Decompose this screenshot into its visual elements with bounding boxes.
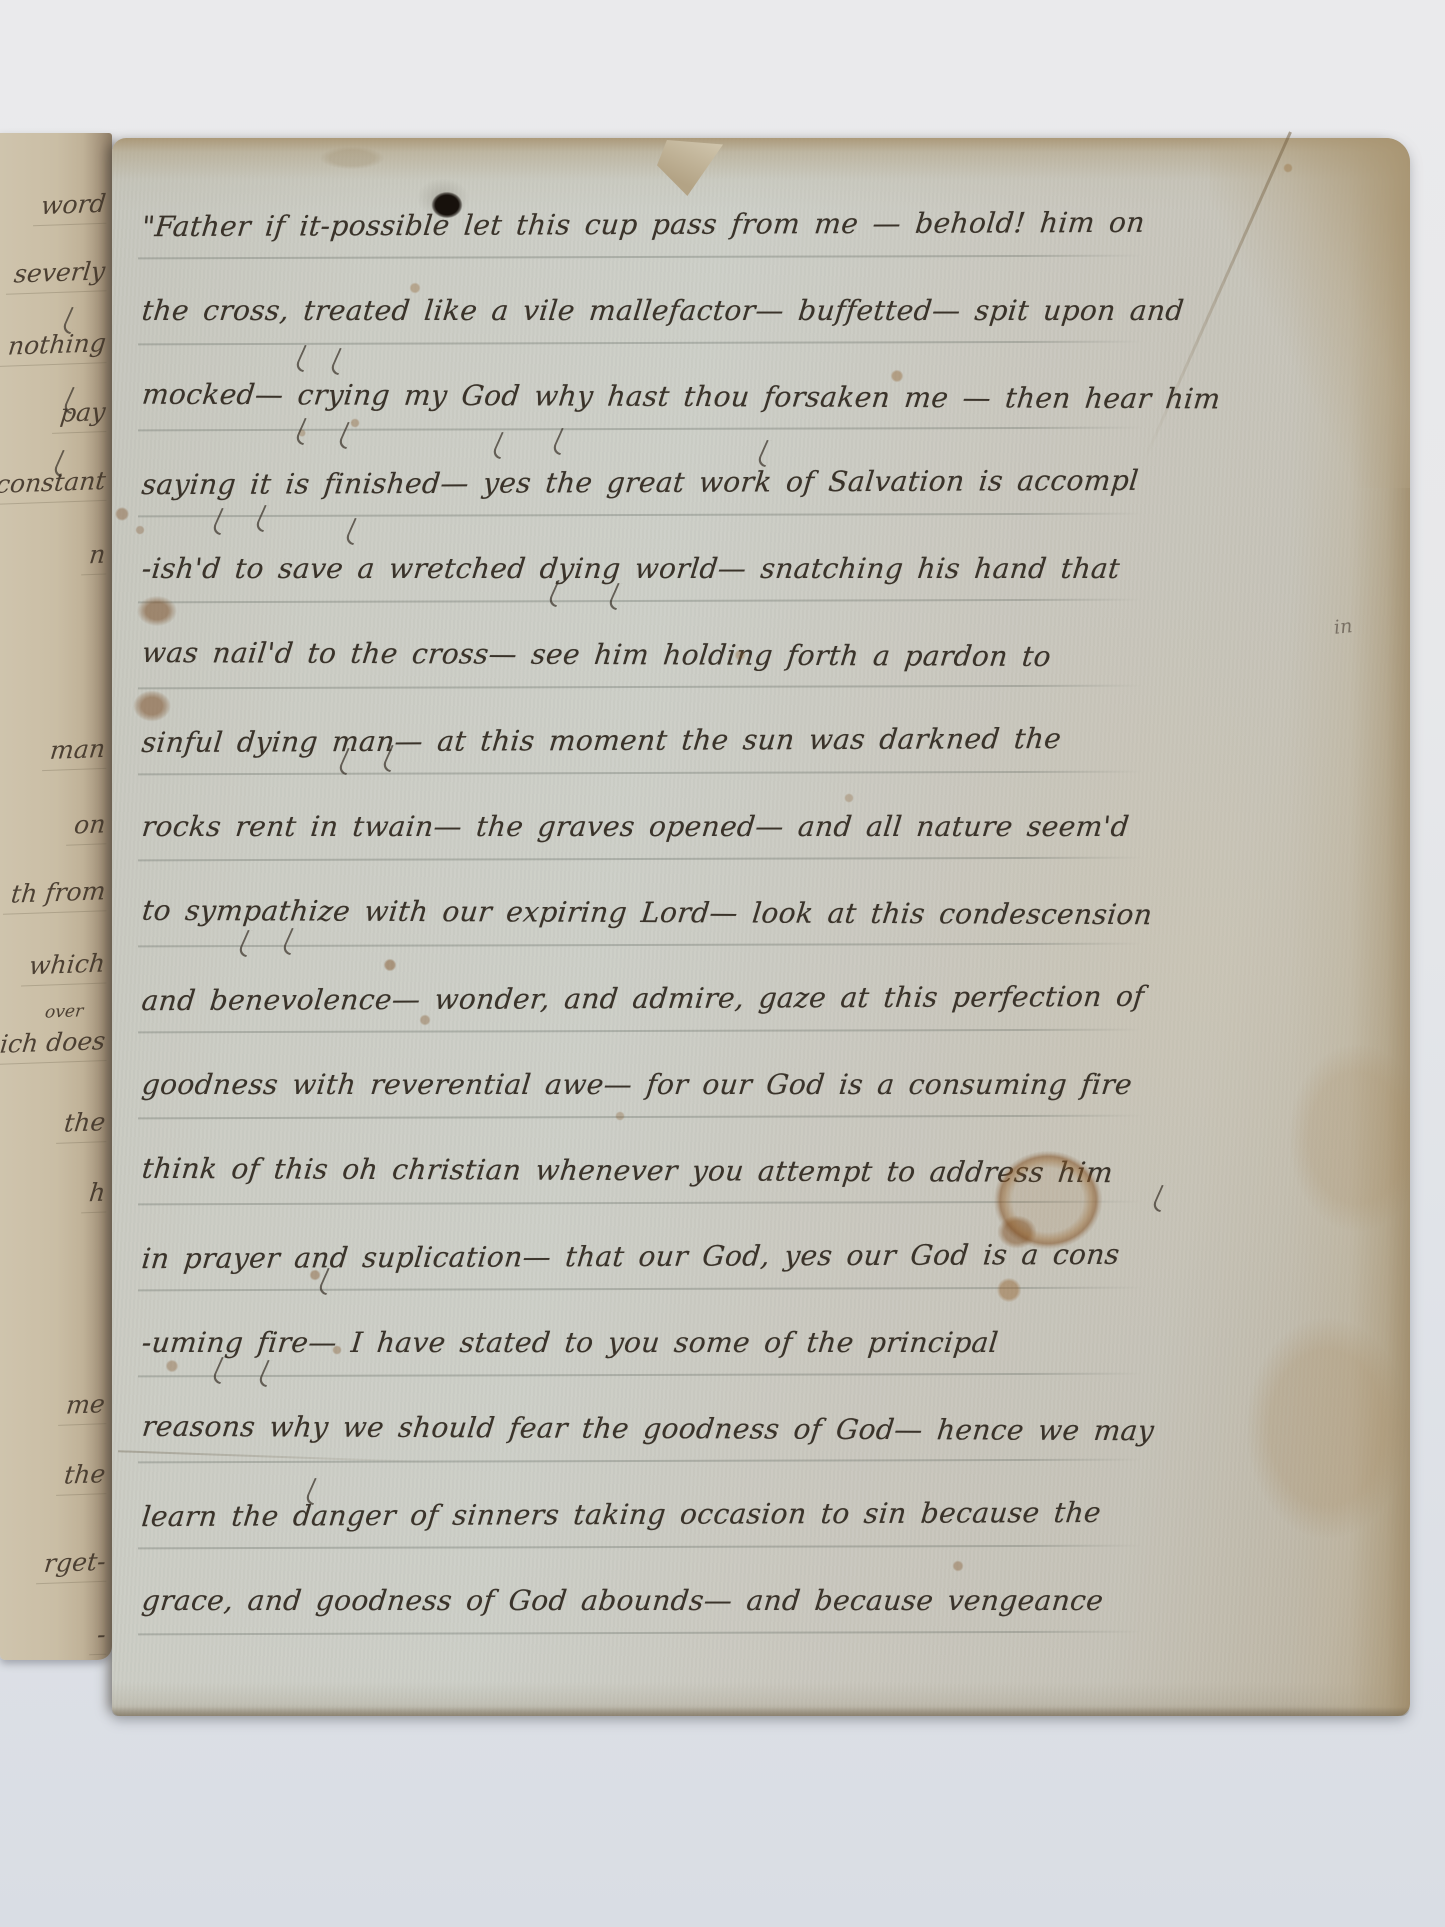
- left-page-fragment: h: [81, 1178, 110, 1214]
- left-page-fragment: which: [21, 949, 110, 987]
- left-page-fragment: ich does: [0, 1026, 110, 1065]
- manuscript-line: -ish'd to save a wretched dying world— s…: [140, 552, 1121, 585]
- manuscript-line: rocks rent in twain— the graves opened— …: [140, 810, 1131, 843]
- ruled-line: [138, 599, 1143, 604]
- manuscript-page: "Father if it-possible let this cup pass…: [112, 138, 1410, 1716]
- ruled-line: [138, 341, 1143, 346]
- left-page-edge: wordseverlynothingpayconstantnmanonth fr…: [0, 133, 112, 1660]
- page-corner-fold: [1210, 138, 1410, 488]
- manuscript-line: mocked— crying my God why hast thou fors…: [140, 378, 1222, 416]
- ruled-line: [138, 1115, 1143, 1120]
- left-page-fragment: word: [33, 189, 110, 227]
- left-page-fragment: rget-: [36, 1547, 110, 1584]
- left-page-fragment: the: [56, 1459, 110, 1496]
- ruled-line: [138, 1545, 1143, 1550]
- left-page-fragment: pay: [52, 397, 110, 434]
- left-page-fragment: constant: [0, 466, 110, 505]
- left-page-fragment: -: [89, 1620, 110, 1656]
- ruled-line: [138, 857, 1143, 862]
- ruled-line: [138, 1631, 1143, 1636]
- manuscript-line: learn the danger of sinners taking occas…: [140, 1496, 1103, 1533]
- left-page-fragment: severly: [6, 256, 110, 294]
- ruled-line: [138, 685, 1143, 690]
- left-page-fragment: over: [38, 1001, 87, 1024]
- ruled-line: [138, 1287, 1143, 1292]
- left-page-fragment: n: [81, 540, 110, 576]
- ruled-line: [138, 427, 1143, 432]
- edge-ink-mark: in: [1333, 615, 1354, 639]
- ruled-line: [138, 771, 1143, 776]
- ruled-line: [138, 1201, 1143, 1206]
- manuscript-line: -uming fire— I have stated to you some o…: [140, 1326, 1000, 1359]
- manuscript-line: and benevolence— wonder, and admire, gaz…: [140, 980, 1146, 1017]
- ruled-line: [138, 1029, 1143, 1034]
- ruled-line: [138, 943, 1143, 948]
- manuscript-line: reasons why we should fear the goodness …: [140, 1410, 1155, 1447]
- manuscript-line: "Father if it-possible let this cup pass…: [140, 206, 1146, 243]
- left-page-fragment: on: [66, 809, 110, 845]
- manuscript-line: saying it is finished— yes the great wor…: [140, 464, 1140, 501]
- manuscript-line: in prayer and suplication— that our God,…: [140, 1238, 1121, 1275]
- manuscript-line: was nail'd to the cross— see him holding…: [140, 636, 1052, 673]
- ruled-line: [138, 1373, 1143, 1378]
- left-page-fragment: th from: [3, 876, 110, 915]
- page-fold-flap: [657, 140, 723, 196]
- manuscript-line: the cross, treated like a vile mallefact…: [140, 294, 1185, 327]
- left-page-fragment: me: [59, 1389, 110, 1426]
- manuscript-line: to sympathize with our expiring Lord— lo…: [140, 894, 1154, 931]
- manuscript-line: grace, and goodness of God abounds— and …: [140, 1584, 1105, 1617]
- left-page-fragment: nothing: [0, 328, 110, 367]
- manuscript-line: sinful dying man— at this moment the sun…: [140, 722, 1063, 759]
- ruled-line: [138, 1459, 1143, 1464]
- ruled-line: [138, 513, 1143, 518]
- manuscript-line: think of this oh christian whenever you …: [140, 1152, 1114, 1189]
- manuscript-line: goodness with reverential awe— for our G…: [140, 1068, 1134, 1101]
- left-page-fragment: man: [42, 734, 110, 771]
- left-page-fragment: the: [56, 1107, 110, 1144]
- photo-scene: wordseverlynothingpayconstantnmanonth fr…: [0, 0, 1445, 1927]
- ruled-line: [138, 255, 1143, 260]
